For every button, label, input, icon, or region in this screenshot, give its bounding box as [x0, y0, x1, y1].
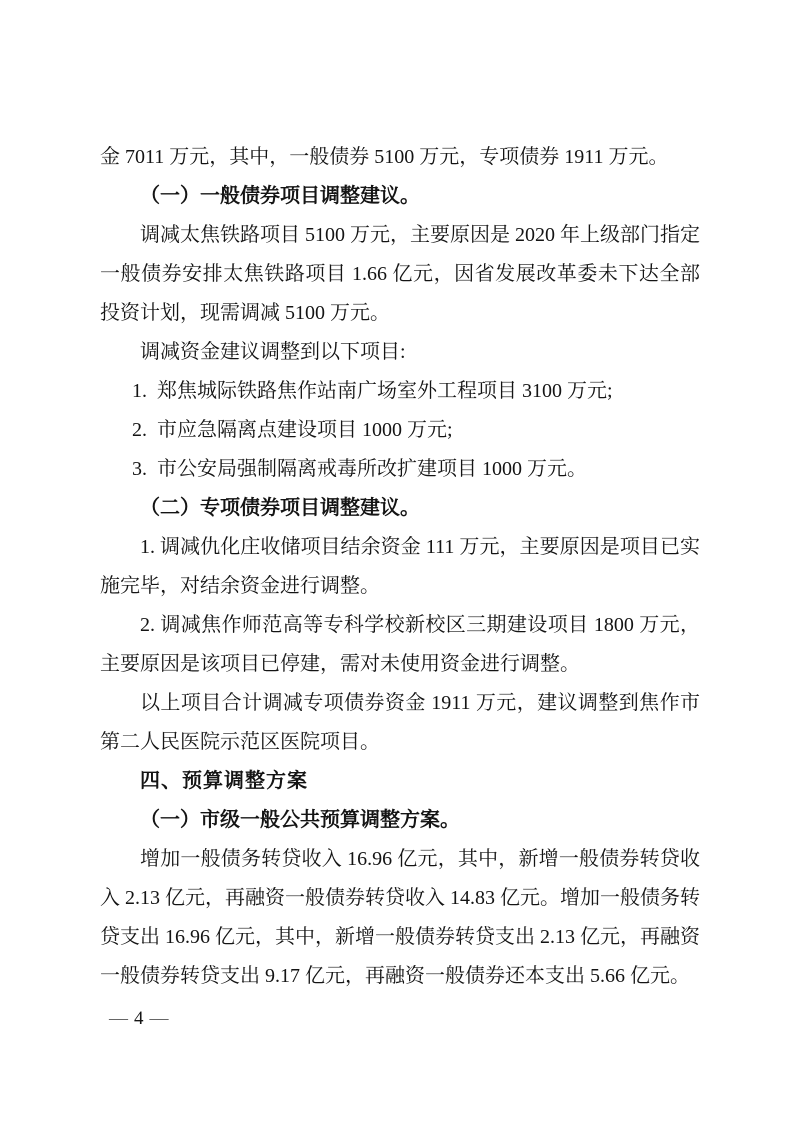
body-paragraph: 调减资金建议调整到以下项目:: [100, 333, 700, 372]
list-item: 3. 市公安局强制隔离戒毒所改扩建项目 1000 万元。: [100, 450, 700, 489]
body-paragraph: 1. 调减仇化庄收储项目结余资金 111 万元，主要原因是项目已实施完毕，对结余…: [100, 528, 700, 606]
document-page: 金 7011 万元，其中，一般债券 5100 万元，专项债券 1911 万元。 …: [0, 0, 793, 1122]
section-heading-general-bonds: （一）一般债券项目调整建议。: [100, 177, 700, 216]
list-item: 2. 市应急隔离点建设项目 1000 万元;: [100, 411, 700, 450]
document-body: 金 7011 万元，其中，一般债券 5100 万元，专项债券 1911 万元。 …: [100, 138, 700, 996]
page-footer: —4—: [103, 1004, 175, 1034]
section-heading-special-bonds: （二）专项债券项目调整建议。: [100, 489, 700, 528]
body-paragraph: 2. 调减焦作师范高等专科学校新校区三期建设项目 1800 万元，主要原因是该项…: [100, 606, 700, 684]
footer-dash-right: —: [144, 1008, 175, 1029]
body-paragraph: 增加一般债务转贷收入 16.96 亿元，其中，新增一般债券转贷收入 2.13 亿…: [100, 840, 700, 996]
body-paragraph: 以上项目合计调减专项债券资金 1911 万元，建议调整到焦作市第二人民医院示范区…: [100, 684, 700, 762]
section-heading-municipal-budget: （一）市级一般公共预算调整方案。: [100, 801, 700, 840]
body-paragraph: 调减太焦铁路项目 5100 万元，主要原因是 2020 年上级部门指定一般债券安…: [100, 216, 700, 333]
list-item: 1. 郑焦城际铁路焦作站南广场室外工程项目 3100 万元;: [100, 372, 700, 411]
chapter-heading-budget-adjustment: 四、预算调整方案: [100, 762, 700, 801]
continuation-paragraph: 金 7011 万元，其中，一般债券 5100 万元，专项债券 1911 万元。: [100, 138, 700, 177]
page-number: 4: [134, 1008, 144, 1029]
footer-dash-left: —: [103, 1008, 134, 1029]
